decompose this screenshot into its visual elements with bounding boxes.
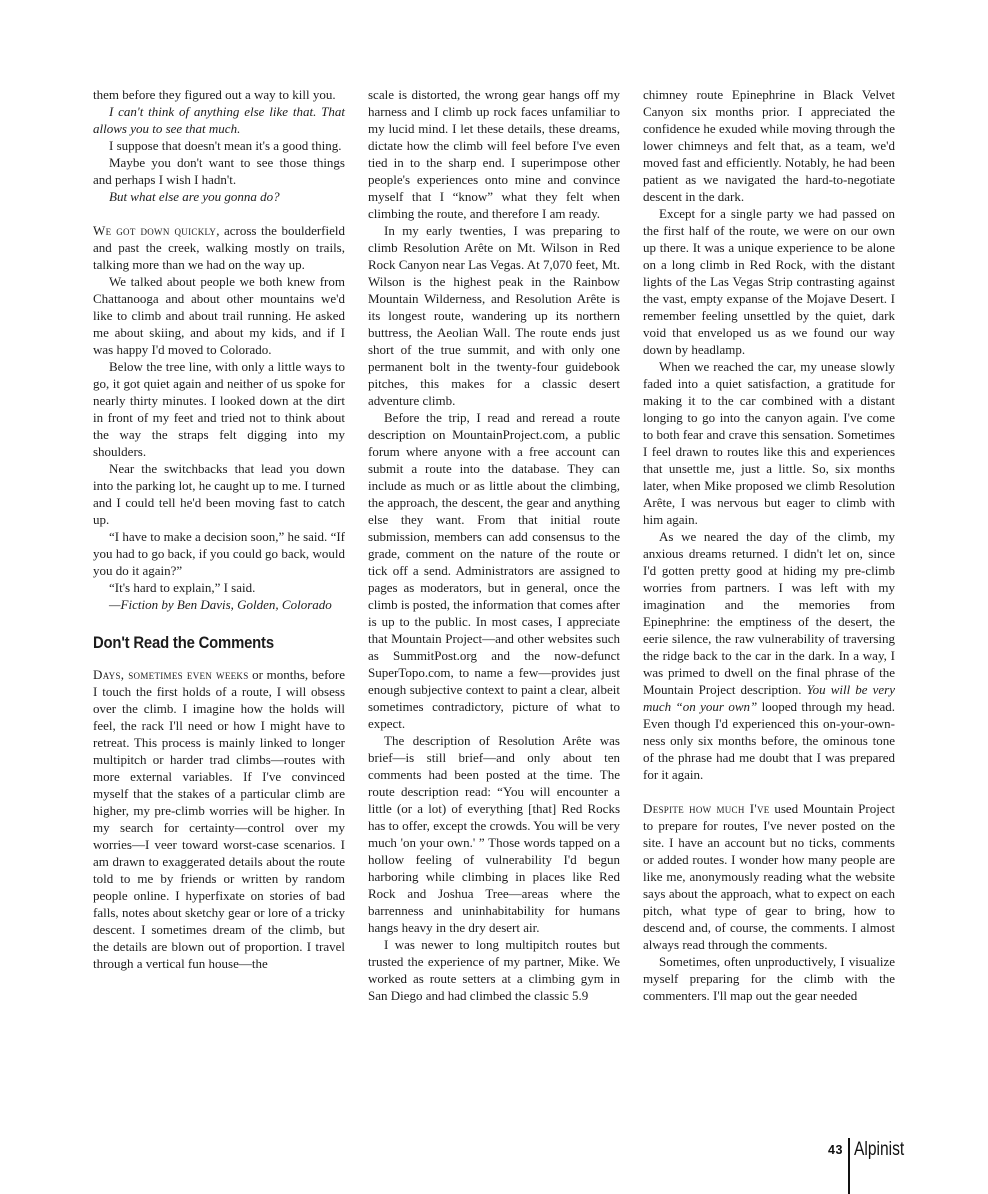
text-run: Days, sometimes even weeks bbox=[93, 667, 249, 682]
text-run: scale is distorted, the wrong gear hangs… bbox=[368, 87, 620, 221]
section-heading: Don't Read the Comments bbox=[93, 635, 320, 652]
text-run: Despite how much I've bbox=[643, 801, 770, 816]
paragraph: I was newer to long multipitch routes bu… bbox=[368, 936, 620, 1004]
text-run: used Mountain Project to prepare for rou… bbox=[643, 801, 895, 952]
text-run: When we reached the car, my unease slowl… bbox=[643, 359, 895, 527]
paragraph: But what else are you gonna do? bbox=[93, 188, 345, 205]
paragraph: When we reached the car, my unease slowl… bbox=[643, 358, 895, 528]
paragraph: Days, sometimes even weeks or months, be… bbox=[93, 666, 345, 972]
text-column-3: chimney route Epinephrine in Black Velve… bbox=[643, 86, 895, 1004]
paragraph: Maybe you don't want to see those things… bbox=[93, 154, 345, 188]
text-run: “It's hard to explain,” I said. bbox=[109, 580, 255, 595]
paragraph: I suppose that doesn't mean it's a good … bbox=[93, 137, 345, 154]
text-run: I suppose that doesn't mean it's a good … bbox=[109, 138, 342, 153]
footer-divider bbox=[848, 1138, 850, 1194]
paragraph: Except for a single party we had passed … bbox=[643, 205, 895, 358]
paragraph: I can't think of anything else like that… bbox=[93, 103, 345, 137]
page-footer: 43 Alpinist bbox=[828, 1138, 915, 1194]
text-run: Near the switchbacks that lead you down … bbox=[93, 461, 345, 527]
text-run: The description of Resolution Arête was … bbox=[368, 733, 620, 935]
paragraph: The description of Resolution Arête was … bbox=[368, 732, 620, 936]
page-number: 43 bbox=[828, 1138, 843, 1157]
paragraph: scale is distorted, the wrong gear hangs… bbox=[368, 86, 620, 222]
paragraph: Before the trip, I read and reread a rou… bbox=[368, 409, 620, 732]
text-run: I can't think of anything else like that… bbox=[93, 104, 345, 136]
paragraph: Near the switchbacks that lead you down … bbox=[93, 460, 345, 528]
text-run: them before they figured out a way to ki… bbox=[93, 87, 336, 102]
text-run: I was newer to long multipitch routes bu… bbox=[368, 937, 620, 1003]
magazine-logo: Alpinist bbox=[854, 1138, 904, 1161]
text-run: We talked about people we both knew from… bbox=[93, 274, 345, 357]
paragraph: In my early twenties, I was preparing to… bbox=[368, 222, 620, 409]
text-run: Below the tree line, with only a little … bbox=[93, 359, 345, 459]
paragraph: We talked about people we both knew from… bbox=[93, 273, 345, 358]
text-column-1: them before they figured out a way to ki… bbox=[93, 86, 345, 1004]
paragraph: We got down quickly, across the boulderf… bbox=[93, 222, 345, 273]
text-run: Don't Read the Comments bbox=[93, 634, 274, 652]
text-run: Except for a single party we had passed … bbox=[643, 206, 895, 357]
text-run: Maybe you don't want to see those things… bbox=[93, 155, 345, 187]
text-run: But what else are you gonna do? bbox=[109, 189, 280, 204]
text-run: —Fiction by Ben Davis, Golden, Colorado bbox=[109, 597, 332, 612]
text-run: “I have to make a decision soon,” he sai… bbox=[93, 529, 345, 578]
paragraph: them before they figured out a way to ki… bbox=[93, 86, 345, 103]
text-run: Before the trip, I read and reread a rou… bbox=[368, 410, 620, 731]
paragraph: Sometimes, often unproductively, I visua… bbox=[643, 953, 895, 1004]
text-run: We got down quickly bbox=[93, 223, 216, 238]
paragraph: Below the tree line, with only a little … bbox=[93, 358, 345, 460]
text-run: As we neared the day of the climb, my an… bbox=[643, 529, 895, 697]
text-run: Sometimes, often unproductively, I visua… bbox=[643, 954, 895, 1003]
paragraph: Despite how much I've used Mountain Proj… bbox=[643, 800, 895, 953]
paragraph: chimney route Epinephrine in Black Velve… bbox=[643, 86, 895, 205]
paragraph: —Fiction by Ben Davis, Golden, Colorado bbox=[93, 596, 345, 613]
text-run: In my early twenties, I was preparing to… bbox=[368, 223, 620, 408]
paragraph: “I have to make a decision soon,” he sai… bbox=[93, 528, 345, 579]
article-body: them before they figured out a way to ki… bbox=[93, 86, 895, 1004]
text-column-2: scale is distorted, the wrong gear hangs… bbox=[368, 86, 620, 1004]
paragraph: “It's hard to explain,” I said. bbox=[93, 579, 345, 596]
text-run: chimney route Epinephrine in Black Velve… bbox=[643, 87, 895, 204]
text-run: or months, before I touch the first hold… bbox=[93, 667, 345, 971]
magazine-page: { "page": { "number": "43", "magazine": … bbox=[0, 0, 988, 1194]
paragraph: As we neared the day of the climb, my an… bbox=[643, 528, 895, 783]
